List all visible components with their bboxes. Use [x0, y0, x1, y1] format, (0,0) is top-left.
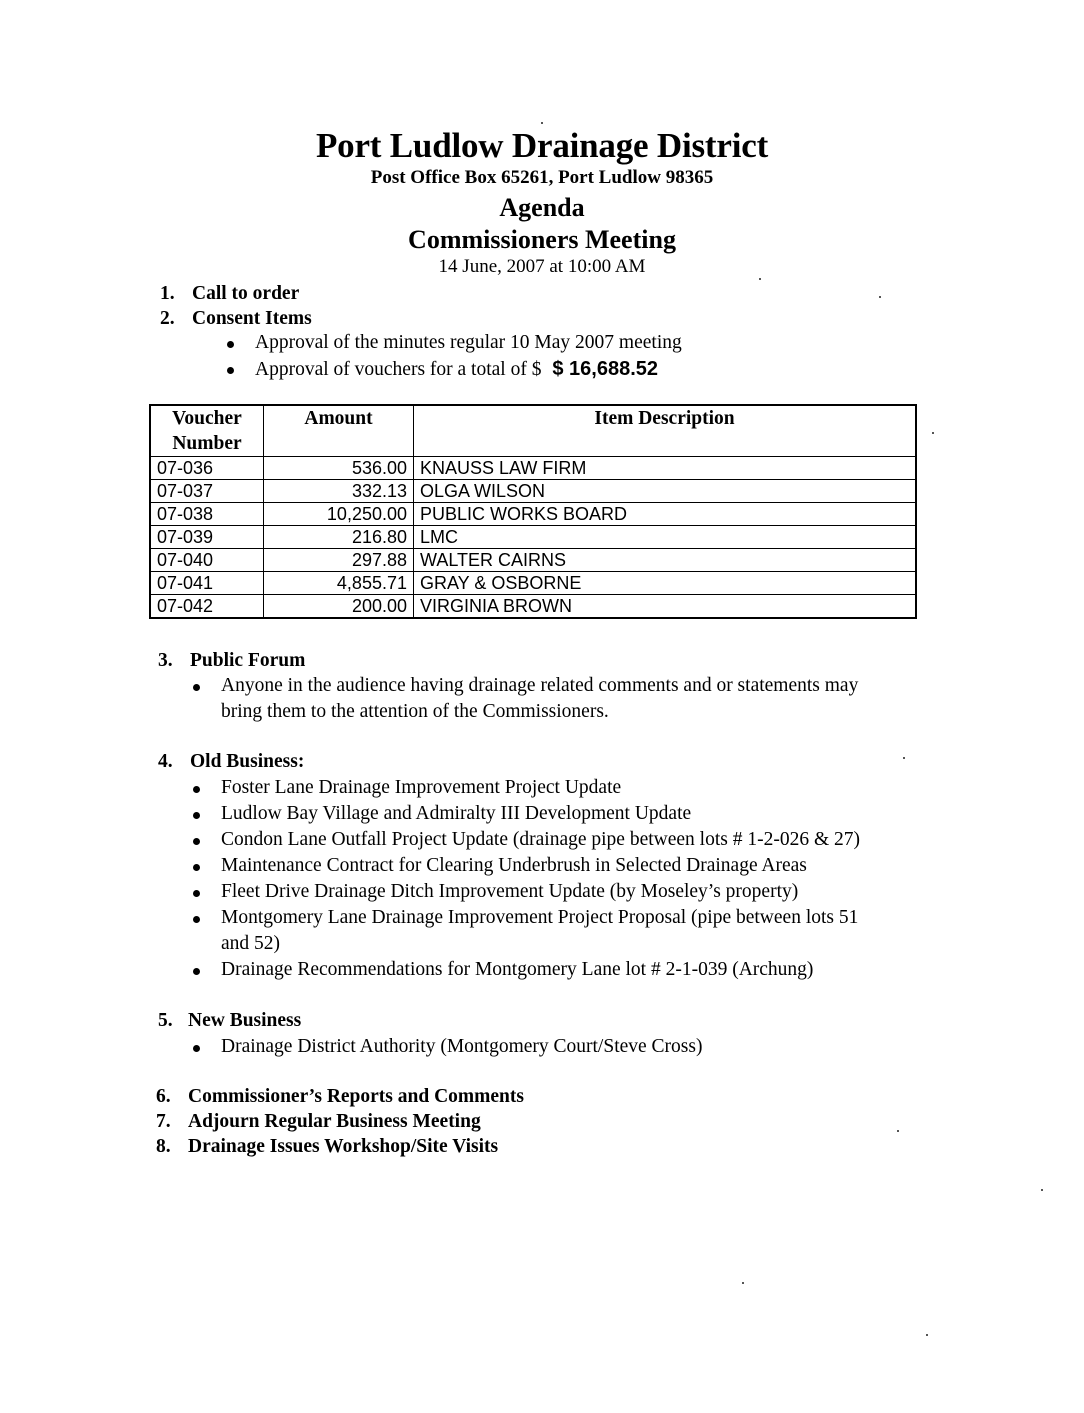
voucher-description: LMC	[414, 526, 917, 549]
item-title: Drainage Issues Workshop/Site Visits	[188, 1136, 498, 1158]
consent-bullet: Approval of the minutes regular 10 May 2…	[255, 332, 682, 354]
old-business-bullet-continued: and 52)	[221, 933, 280, 955]
header-line: Number	[172, 433, 241, 454]
old-business-bullet: Condon Lane Outfall Project Update (drai…	[221, 829, 860, 851]
bullet-icon	[193, 684, 200, 691]
bullet-icon	[193, 968, 200, 975]
scan-speck	[903, 757, 905, 759]
table-row: 07-041 4,855.71 GRAY & OSBORNE	[150, 572, 916, 595]
bullet-icon	[193, 890, 200, 897]
voucher-amount: 297.88	[264, 549, 414, 572]
bullet-icon	[193, 786, 200, 793]
voucher-amount: 4,855.71	[264, 572, 414, 595]
header-line: Voucher	[172, 408, 242, 429]
bullet-icon	[193, 1045, 200, 1052]
meeting-title: Commissioners Meeting	[0, 225, 1084, 255]
bullet-icon	[193, 838, 200, 845]
table-row: 07-037 332.13 OLGA WILSON	[150, 480, 916, 503]
voucher-description: WALTER CAIRNS	[414, 549, 917, 572]
old-business-bullet: Maintenance Contract for Clearing Underb…	[221, 855, 807, 877]
agenda-item-8: 8. Drainage Issues Workshop/Site Visits	[156, 1136, 171, 1158]
item-number: 4.	[158, 751, 173, 772]
agenda-item-7: 7. Adjourn Regular Business Meeting	[156, 1111, 171, 1133]
scan-speck	[742, 1282, 744, 1284]
item-title: New Business	[188, 1010, 301, 1032]
document-type: Agenda	[0, 193, 1084, 223]
old-business-bullet: Montgomery Lane Drainage Improvement Pro…	[221, 907, 858, 929]
voucher-description: KNAUSS LAW FIRM	[414, 457, 917, 480]
voucher-amount: 332.13	[264, 480, 414, 503]
table-row: 07-039 216.80 LMC	[150, 526, 916, 549]
header-description: Item Description	[414, 405, 917, 457]
voucher-amount: 10,250.00	[264, 503, 414, 526]
bullet-icon	[227, 341, 234, 348]
item-title: Call to order	[192, 283, 299, 305]
old-business-bullet: Ludlow Bay Village and Admiralty III Dev…	[221, 803, 691, 825]
item-number: 3.	[158, 650, 173, 671]
old-business-bullet: Drainage Recommendations for Montgomery …	[221, 959, 813, 981]
voucher-amount: 216.80	[264, 526, 414, 549]
scan-speck	[926, 1334, 928, 1336]
voucher-description: OLGA WILSON	[414, 480, 917, 503]
voucher-number: 07-038	[150, 503, 264, 526]
bullet-icon	[193, 864, 200, 871]
scan-speck	[541, 122, 543, 124]
bullet-icon	[227, 367, 234, 374]
table-row: 07-042 200.00 VIRGINIA BROWN	[150, 595, 916, 619]
public-forum-bullet-continued: bring them to the attention of the Commi…	[221, 701, 609, 723]
bullet-icon	[193, 812, 200, 819]
voucher-description: VIRGINIA BROWN	[414, 595, 917, 619]
new-business-bullet: Drainage District Authority (Montgomery …	[221, 1036, 702, 1058]
organization-address: Post Office Box 65261, Port Ludlow 98365	[0, 167, 1084, 189]
item-title: Adjourn Regular Business Meeting	[188, 1111, 481, 1133]
voucher-amount: 536.00	[264, 457, 414, 480]
scan-speck	[932, 432, 934, 434]
item-title: Old Business:	[190, 751, 304, 773]
item-title: Public Forum	[190, 650, 305, 672]
old-business-bullet: Fleet Drive Drainage Ditch Improvement U…	[221, 881, 798, 903]
voucher-approval-text: Approval of vouchers for a total of $	[255, 359, 541, 380]
agenda-item-1: 1. Call to order	[160, 283, 175, 305]
header-voucher-number: Voucher Number	[150, 405, 264, 457]
table-header-row: Voucher Number Amount Item Description	[150, 405, 916, 457]
item-number: 2.	[160, 308, 175, 329]
item-number: 8.	[156, 1136, 171, 1157]
scan-speck	[1041, 1189, 1043, 1191]
voucher-amount: 200.00	[264, 595, 414, 619]
consent-bullet: Approval of vouchers for a total of $ $ …	[255, 358, 658, 381]
voucher-description: PUBLIC WORKS BOARD	[414, 503, 917, 526]
voucher-number: 07-042	[150, 595, 264, 619]
table-row: 07-038 10,250.00 PUBLIC WORKS BOARD	[150, 503, 916, 526]
agenda-item-2: 2. Consent Items	[160, 308, 175, 330]
agenda-item-5: 5. New Business	[158, 1010, 173, 1032]
voucher-number: 07-036	[150, 457, 264, 480]
bullet-icon	[193, 916, 200, 923]
item-title: Commissioner’s Reports and Comments	[188, 1086, 524, 1108]
item-number: 7.	[156, 1111, 171, 1132]
header-amount: Amount	[264, 405, 414, 457]
item-number: 1.	[160, 283, 175, 304]
public-forum-bullet: Anyone in the audience having drainage r…	[221, 675, 858, 697]
voucher-number: 07-041	[150, 572, 264, 595]
agenda-item-4: 4. Old Business:	[158, 751, 173, 773]
scan-speck	[879, 296, 881, 298]
table-row: 07-040 297.88 WALTER CAIRNS	[150, 549, 916, 572]
voucher-number: 07-037	[150, 480, 264, 503]
old-business-bullet: Foster Lane Drainage Improvement Project…	[221, 777, 621, 799]
item-title: Consent Items	[192, 308, 312, 330]
voucher-table: Voucher Number Amount Item Description 0…	[149, 404, 917, 619]
agenda-item-3: 3. Public Forum	[158, 650, 173, 672]
voucher-number: 07-040	[150, 549, 264, 572]
scan-speck	[759, 278, 761, 280]
item-number: 6.	[156, 1086, 171, 1107]
voucher-description: GRAY & OSBORNE	[414, 572, 917, 595]
table-row: 07-036 536.00 KNAUSS LAW FIRM	[150, 457, 916, 480]
scan-speck	[897, 1130, 899, 1132]
organization-name: Port Ludlow Drainage District	[0, 126, 1084, 166]
item-number: 5.	[158, 1010, 173, 1031]
voucher-number: 07-039	[150, 526, 264, 549]
agenda-item-6: 6. Commissioner’s Reports and Comments	[156, 1086, 171, 1108]
voucher-total: $ 16,688.52	[552, 358, 658, 380]
meeting-datetime: 14 June, 2007 at 10:00 AM	[0, 256, 1084, 278]
